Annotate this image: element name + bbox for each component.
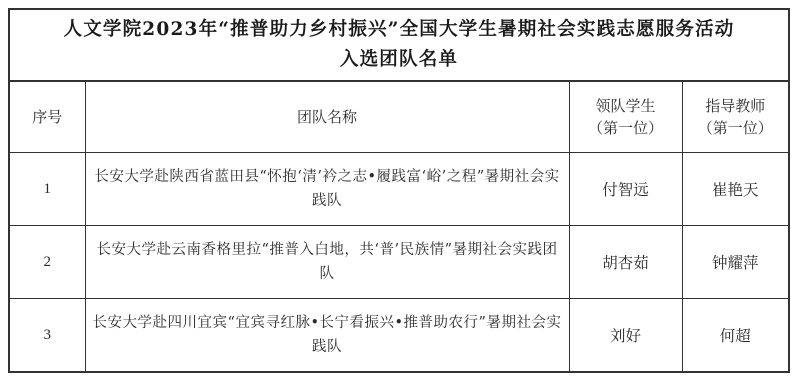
header-leader-line-2: （第一位）: [576, 117, 676, 139]
header-team-name: 团队名称: [85, 81, 569, 153]
cell-leader: 刘好: [569, 299, 682, 372]
document-title: 人文学院2023年“推普助力乡村振兴”全国大学生暑期社会实践志愿服务活动 入选团…: [10, 10, 788, 82]
table-header-row: 序号 团队名称 领队学生 （第一位） 指导教师 （第一位）: [10, 81, 788, 153]
table-row: 2 长安大学赴云南香格里拉“推普入白地，共‘普’民族情”暑期社会实践团队 胡杏茹…: [10, 226, 788, 299]
header-leader: 领队学生 （第一位）: [569, 81, 682, 153]
cell-leader: 付智远: [569, 153, 682, 226]
table-row: 1 长安大学赴陕西省蓝田县“怀抱‘清’衿之志•履践富‘峪’之程”暑期社会实践队 …: [10, 153, 788, 226]
team-list-document: 人文学院2023年“推普助力乡村振兴”全国大学生暑期社会实践志愿服务活动 入选团…: [8, 8, 790, 373]
cell-team-name: 长安大学赴陕西省蓝田县“怀抱‘清’衿之志•履践富‘峪’之程”暑期社会实践队: [85, 153, 569, 226]
team-table: 序号 团队名称 领队学生 （第一位） 指导教师 （第一位） 1 长安大学赴陕西省…: [10, 81, 788, 371]
header-advisor: 指导教师 （第一位）: [682, 81, 788, 153]
cell-seq: 1: [10, 153, 85, 226]
cell-advisor: 何超: [682, 299, 788, 372]
cell-leader: 胡杏茹: [569, 226, 682, 299]
header-advisor-line-2: （第一位）: [689, 117, 783, 139]
cell-team-name: 长安大学赴云南香格里拉“推普入白地，共‘普’民族情”暑期社会实践团队: [85, 226, 569, 299]
title-line-1: 人文学院2023年“推普助力乡村振兴”全国大学生暑期社会实践志愿服务活动: [64, 15, 735, 45]
header-seq: 序号: [10, 81, 85, 153]
header-advisor-line-1: 指导教师: [689, 95, 783, 117]
title-line-2: 入选团队名单: [340, 45, 458, 75]
header-leader-line-1: 领队学生: [576, 95, 676, 117]
cell-advisor: 崔艳天: [682, 153, 788, 226]
cell-seq: 3: [10, 299, 85, 372]
cell-team-name: 长安大学赴四川宜宾“宜宾寻红脉•长宁看振兴•推普助农行”暑期社会实践队: [85, 299, 569, 372]
table-row: 3 长安大学赴四川宜宾“宜宾寻红脉•长宁看振兴•推普助农行”暑期社会实践队 刘好…: [10, 299, 788, 372]
cell-advisor: 钟耀萍: [682, 226, 788, 299]
cell-seq: 2: [10, 226, 85, 299]
